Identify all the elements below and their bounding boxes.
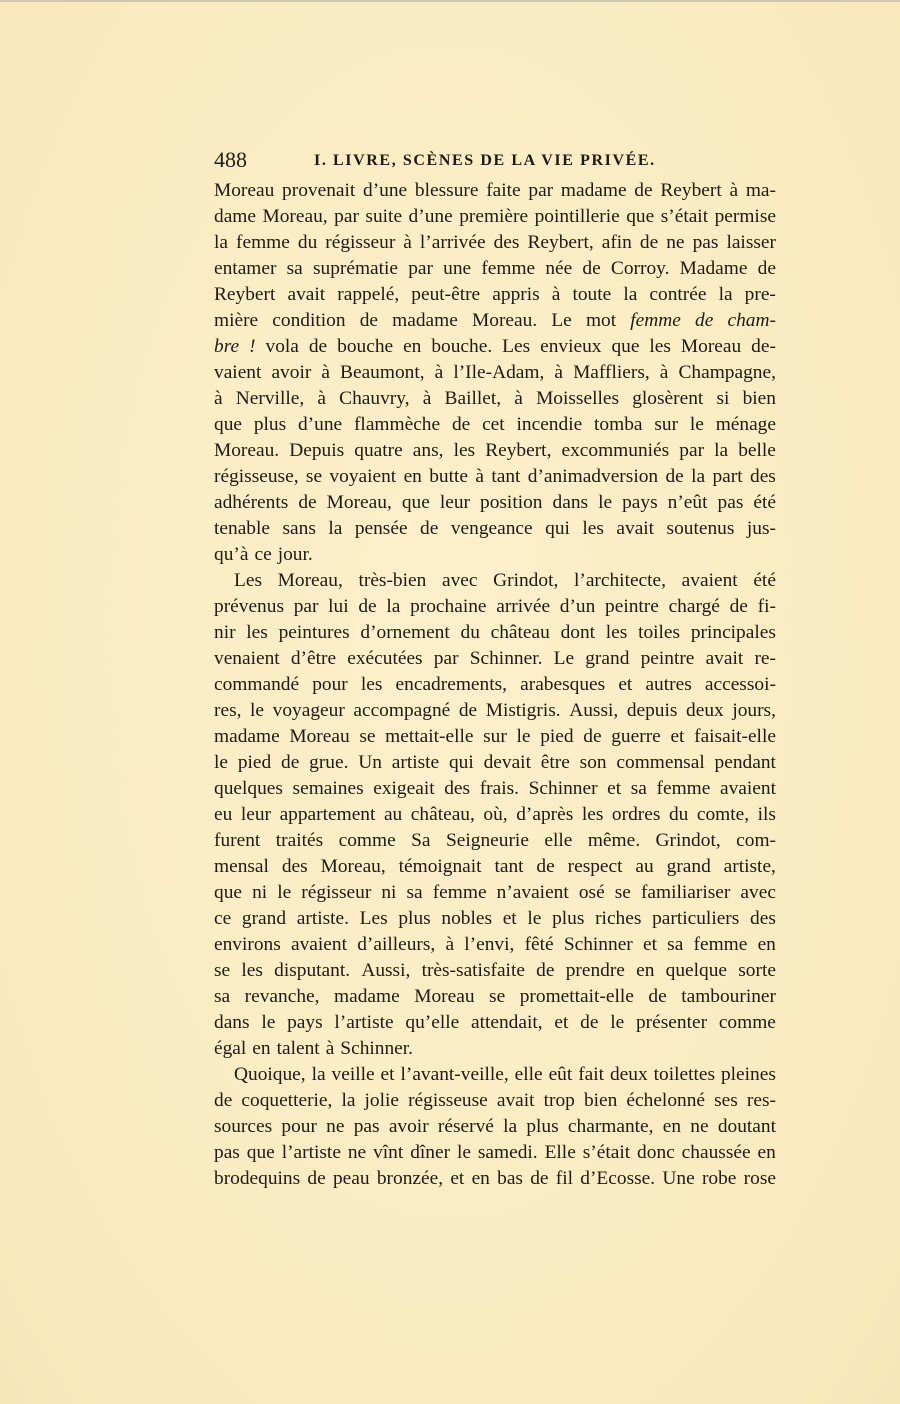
text-line: bre!voladeboucheenbouche.Lesenvieuxquele… [214, 334, 776, 360]
text-line: venaientd’êtreexécutéesparSchinner.Legra… [214, 646, 776, 672]
text-line: commandépourlesencadrements,arabesqueset… [214, 672, 776, 698]
text-line: àNerville,àChauvry,àBaillet,àMoissellesg… [214, 386, 776, 412]
scan-top-edge [0, 0, 900, 2]
text-line: Quoique,laveilleetl’avant-veille,elleeût… [214, 1062, 776, 1088]
text-line: pasquel’artistenevîntdînerlesamedi.Elles… [214, 1140, 776, 1166]
text-line: madameMoreausemettait-ellesurlepieddegue… [214, 724, 776, 750]
text-line: Reybertavaitrappelé,peut-êtreapprisàtout… [214, 282, 776, 308]
text-line: selesdisputant.Aussi,très-satisfaitedepr… [214, 958, 776, 984]
text-line: Moreau.Depuisquatreans,lesReybert,excomm… [214, 438, 776, 464]
page-header: 488 I. LIVRE, SCÈNES DE LA VIE PRIVÉE. [214, 147, 776, 173]
text-line: danslepaysl’artistequ’elleattendait,etde… [214, 1010, 776, 1036]
text-line: lepieddegrue.Unartistequidevaitêtresonco… [214, 750, 776, 776]
book-page: 488 I. LIVRE, SCÈNES DE LA VIE PRIVÉE. M… [0, 0, 900, 1404]
text-line: prévenusparluidelaprochainearrivéed’unpe… [214, 594, 776, 620]
text-line: decoquetterie,lajolierégisseuseavaittrop… [214, 1088, 776, 1114]
running-head: I. LIVRE, SCÈNES DE LA VIE PRIVÉE. [314, 149, 656, 173]
text-line: adhérentsdeMoreau,queleurpositiondanslep… [214, 490, 776, 516]
text-line: euleurappartementauchâteau,où,d’aprèsles… [214, 802, 776, 828]
text-line: quelquessemainesexigeaitdesfrais.Schinne… [214, 776, 776, 802]
text-line: res,levoyageuraccompagnédeMistigris.Auss… [214, 698, 776, 724]
text-line: dameMoreau,parsuited’unepremièrepointill… [214, 204, 776, 230]
text-line: brodequinsdepeaubronzée,etenbasdefild’Ec… [214, 1166, 776, 1192]
text-line: cegrandartiste.Lesplusnoblesetleplusrich… [214, 906, 776, 932]
body-text: Moreauprovenaitd’uneblessurefaiteparmada… [214, 178, 776, 1192]
text-line: furenttraitéscommeSaSeigneurieellemême.G… [214, 828, 776, 854]
text-line: environsavaientd’ailleurs,àl’envi,fêtéSc… [214, 932, 776, 958]
text-line: LesMoreau,très-bienavecGrindot,l’archite… [214, 568, 776, 594]
text-line: quenilerégisseurnisafemmen’avaientosésef… [214, 880, 776, 906]
text-line: sourcespournepasavoirréservélapluscharma… [214, 1114, 776, 1140]
text-line: mièreconditiondemadameMoreau.Lemotfemmed… [214, 308, 776, 334]
text-line: nirlespeinturesd’ornementduchâteaudontle… [214, 620, 776, 646]
text-line: Moreauprovenaitd’uneblessurefaiteparmada… [214, 178, 776, 204]
page-number: 488 [214, 147, 247, 173]
text-line: sarevanche,madameMoreausepromettait-elle… [214, 984, 776, 1010]
text-line: régisseuse,sevoyaientenbutteàtantd’anima… [214, 464, 776, 490]
text-line: mensaldesMoreau,témoignaittantderespecta… [214, 854, 776, 880]
text-line: égalentalentàSchinner. [214, 1036, 776, 1062]
text-line: entamersasuprématieparunefemmenéedeCorro… [214, 256, 776, 282]
text-line: qu’àcejour. [214, 542, 776, 568]
text-line: tenablesanslapenséedevengeancequilesavai… [214, 516, 776, 542]
text-line: queplusd’uneflammèchedecetincendietombas… [214, 412, 776, 438]
text-line: vaientavoiràBeaumont,àl’Ile-Adam,àMaffli… [214, 360, 776, 386]
text-line: lafemmedurégisseuràl’arrivéedesReybert,a… [214, 230, 776, 256]
